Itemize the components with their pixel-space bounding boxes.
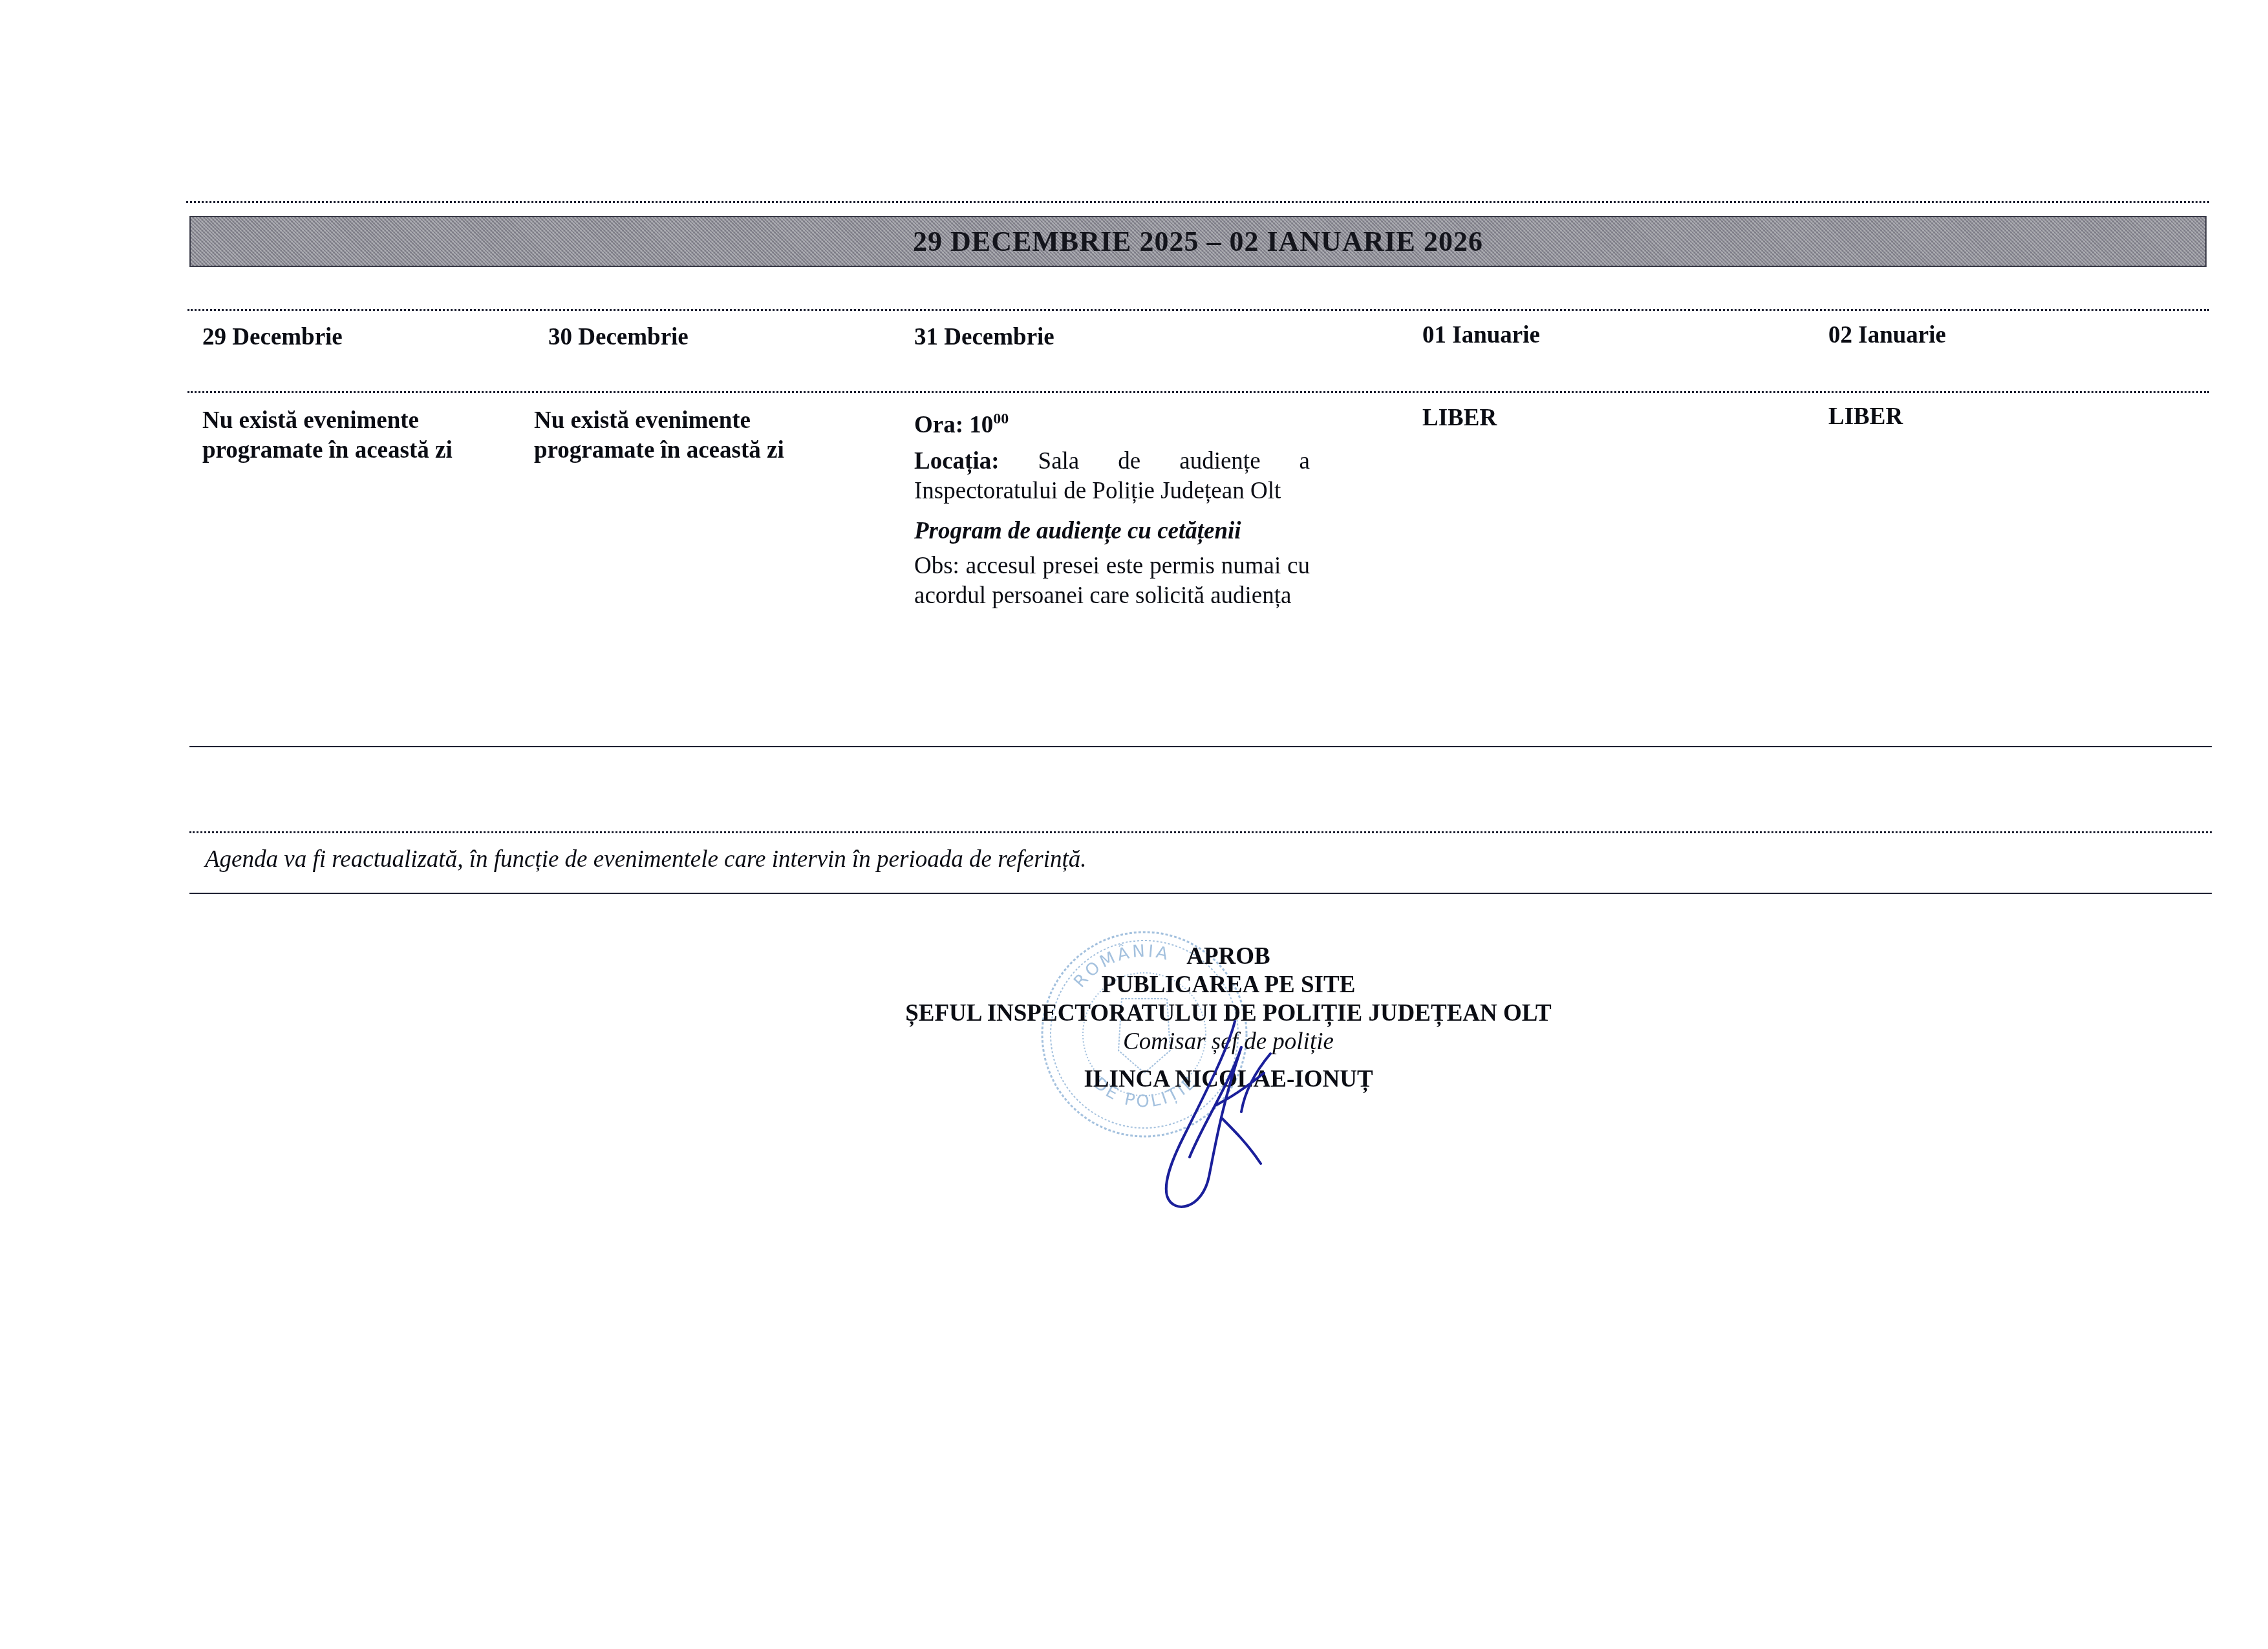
day-cell-30-dec: Nu există evenimente programate în aceas… [534, 406, 838, 465]
day-cell-01-ian: LIBER [1422, 403, 1497, 433]
event-title: Program de audiențe cu cetățenii [914, 516, 1310, 546]
free-day-label: LIBER [1828, 403, 1903, 430]
footnote-bottom-divider [189, 893, 2212, 894]
event-time: Ora: 1000 [914, 404, 1310, 440]
agenda-document: 29 DECEMBRIE 2025 – 02 IANUARIE 2026 29 … [0, 0, 2268, 1649]
top-divider [186, 201, 2209, 203]
day-header-top-divider [187, 309, 2209, 311]
approval-line-aprob: APROB [744, 942, 1713, 971]
day-header-01-ian: 01 Ianuarie [1422, 321, 1540, 349]
time-hour: 10 [969, 412, 993, 438]
period-title: 29 DECEMBRIE 2025 – 02 IANUARIE 2026 [913, 225, 1483, 258]
day-header-30-dec: 30 Decembrie [548, 323, 689, 351]
time-label: Ora: [914, 412, 963, 438]
approval-block: APROB PUBLICAREA PE SITE ȘEFUL INSPECTOR… [744, 942, 1713, 1094]
day-cell-29-dec: Nu există evenimente programate în aceas… [202, 406, 506, 465]
event-location: Locația: Sala de audiențe a Inspectoratu… [914, 447, 1310, 506]
footnote: Agenda va fi reactualizată, în funcție d… [205, 846, 1087, 873]
day-header-bottom-divider [187, 391, 2209, 393]
day-cell-02-ian: LIBER [1828, 402, 1903, 432]
day-header-02-ian: 02 Ianuarie [1828, 321, 1946, 349]
no-events-text: Nu există evenimente programate în aceas… [202, 407, 453, 463]
day-header-31-dec: 31 Decembrie [914, 323, 1054, 351]
approval-line-publicare: PUBLICAREA PE SITE [744, 971, 1713, 999]
table-bottom-divider [189, 746, 2212, 747]
period-header-bar: 29 DECEMBRIE 2025 – 02 IANUARIE 2026 [189, 216, 2207, 267]
time-minutes: 00 [993, 410, 1009, 427]
approval-line-chief: ȘEFUL INSPECTORATULUI DE POLIȚIE JUDEȚEA… [744, 999, 1713, 1028]
approval-signer-name: ILINCA NICOLAE-IONUȚ [744, 1065, 1713, 1094]
footnote-top-divider [189, 831, 2212, 833]
day-cell-31-dec: Ora: 1000 Locația: Sala de audiențe a In… [914, 404, 1310, 611]
location-label: Locația: [914, 448, 1000, 474]
day-header-29-dec: 29 Decembrie [202, 323, 343, 351]
no-events-text: Nu există evenimente programate în aceas… [534, 407, 784, 463]
free-day-label: LIBER [1422, 405, 1497, 431]
approval-rank: Comisar șef de poliție [744, 1028, 1713, 1056]
event-observation: Obs: accesul presei este permis numai cu… [914, 551, 1310, 611]
